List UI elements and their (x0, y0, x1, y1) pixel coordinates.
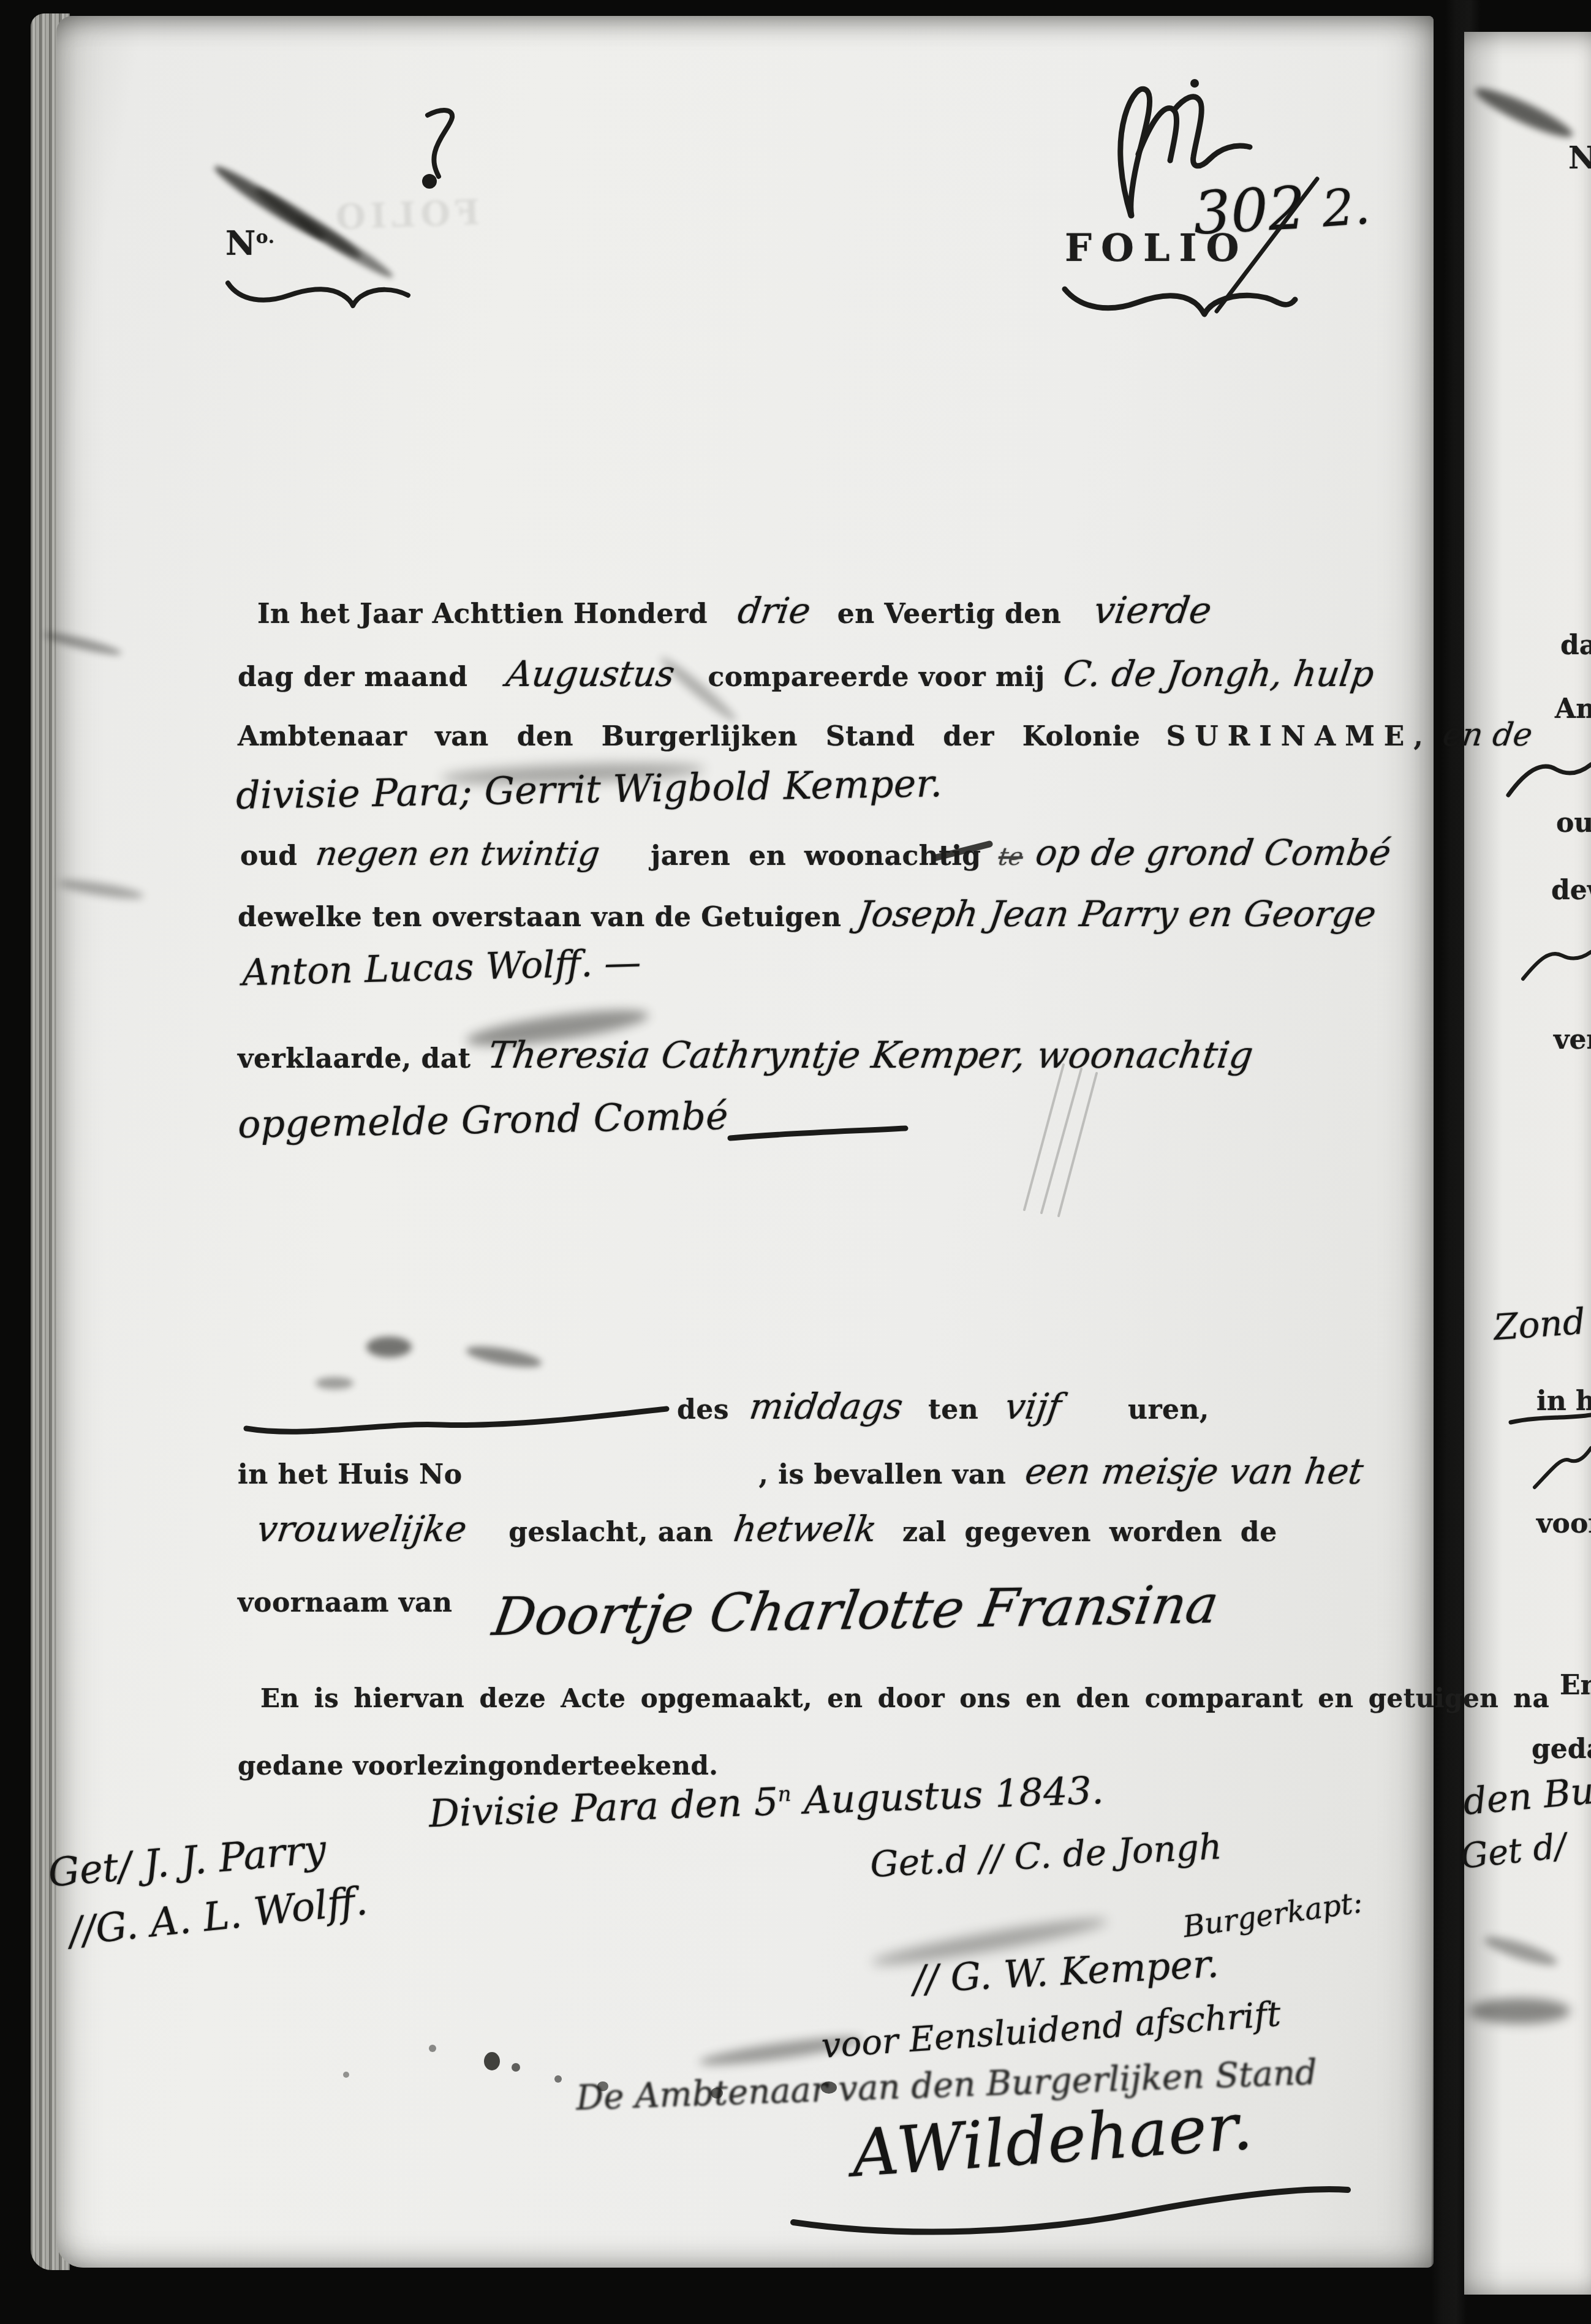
handwritten-hour: vijf (1002, 1386, 1064, 1427)
printed-text: voornaam van (238, 1587, 452, 1618)
next-page-fragment: ver (1554, 1024, 1591, 1055)
act-line-14: En is hiervan deze Acte opgemaakt, en do… (260, 1683, 1549, 1713)
next-page-fragment: da (1560, 630, 1591, 661)
handwritten-child-names: Doortje Charlotte Fransina (489, 1574, 1223, 1648)
scanned-book-photo: FOLIO No. FOLIO 302 2. In het Jaar Achtt… (0, 0, 1591, 2324)
handwritten-daypart: middags (747, 1386, 905, 1427)
handwritten-registrar: C. de Jongh, hulp (1060, 653, 1377, 695)
act-line-15: gedane voorlezingonderteekend. (238, 1751, 718, 1781)
handwritten-text: hetwelk (731, 1508, 880, 1550)
handwritten-month: Augustus (504, 653, 678, 695)
printed-text: uren, (1128, 1394, 1209, 1425)
act-line-8: verklaarde, dat Theresia Cathryntje Kemp… (238, 1034, 1253, 1077)
next-page-fragment-handwritten: Zond (1492, 1300, 1587, 1348)
act-number-label: No. (225, 224, 274, 263)
act-line-10: des middags ten vijf uren, (677, 1386, 1209, 1427)
printed-text: ten (928, 1394, 978, 1425)
handwritten-gender: vrouwelijke (254, 1508, 469, 1550)
no-label-superscript: o. (256, 227, 275, 248)
act-line-1: In het Jaar Achttien Honderd drie en Vee… (257, 589, 1211, 632)
printed-text: des (677, 1394, 729, 1425)
printed-text: dag der maand (238, 662, 467, 693)
no-label: N (225, 224, 256, 263)
next-page-fragment: voorn (1536, 1508, 1591, 1539)
next-page-fragment: oud (1556, 807, 1591, 839)
handwritten-mother-name: Theresia Cathryntje Kemper, woonachtig (485, 1034, 1256, 1077)
printed-colony-name: SURINAME, (1166, 721, 1432, 752)
printed-text: En is hiervan deze Acte opgemaakt, en do… (260, 1683, 1549, 1713)
handwritten-witnesses: Joseph Jean Parry en George (855, 893, 1378, 935)
printed-text: In het Jaar Achttien Honderd (257, 598, 708, 630)
printed-text: zal gegeven worden de (902, 1517, 1277, 1548)
handwritten-residence: op de grond Combé (1034, 832, 1394, 873)
printed-text: geslacht, aan (508, 1517, 713, 1548)
struck-word: te (996, 843, 1024, 871)
folio-number-part: 2. (1320, 177, 1372, 238)
next-page-sliver (1464, 32, 1591, 2295)
next-page-fragment: An (1555, 693, 1591, 725)
printed-text: gedane voorlezingonderteekend. (238, 1751, 718, 1781)
handwritten-age: negen en twintig (313, 834, 602, 873)
act-line-12: vrouwelijke geslacht, aan hetwelk zal ge… (257, 1508, 1277, 1550)
printed-text: en Veertig den (837, 598, 1061, 630)
act-line-11: in het Huis No , is bevallen van een mei… (238, 1451, 1363, 1492)
printed-text: Ambtenaar van den Burgerlijken Stand der… (238, 721, 1141, 752)
folio-number-main: 302 (1192, 173, 1307, 247)
handwritten-day: vierde (1091, 589, 1214, 632)
printed-text: oud (240, 840, 298, 872)
next-page-fragment: En (1560, 1670, 1591, 1701)
next-page-fragment: N (1568, 140, 1591, 176)
folio-number: 302 (1192, 173, 1307, 247)
act-line-5: oud negen en twintig jaren en woonachtig… (240, 832, 1391, 873)
act-line-6: dewelke ten overstaan van de Getuigen Jo… (238, 893, 1375, 935)
printed-text: verklaarde, dat (238, 1043, 471, 1074)
printed-text: jaren en woonachtig (651, 840, 981, 872)
next-page-fragment: gedan (1532, 1734, 1591, 1765)
bleedthrough-ghost-text: FOLIO (330, 192, 480, 238)
printed-text: compareerde voor mij (708, 662, 1045, 693)
printed-text: dewelke ten overstaan van de Getuigen (238, 902, 842, 933)
handwritten-text: en de (1441, 717, 1535, 753)
act-line-3: Ambtenaar van den Burgerlijken Stand der… (238, 717, 1532, 753)
act-line-9-residence: opgemelde Grond Combé (237, 1093, 728, 1147)
handwritten-year: drie (735, 590, 813, 632)
next-page-fragment: dew (1551, 875, 1591, 906)
printed-text: , is bevallen van (759, 1459, 1007, 1490)
act-line-2: dag der maand Augustus compareerde voor … (238, 653, 1374, 695)
next-page-fragment: in h (1536, 1386, 1591, 1417)
printed-text: in het Huis No (238, 1459, 463, 1490)
act-line-13: voornaam van Doortje Charlotte Fransina (238, 1563, 1217, 1624)
handwritten-child-sex: een meisje van het (1022, 1451, 1366, 1492)
